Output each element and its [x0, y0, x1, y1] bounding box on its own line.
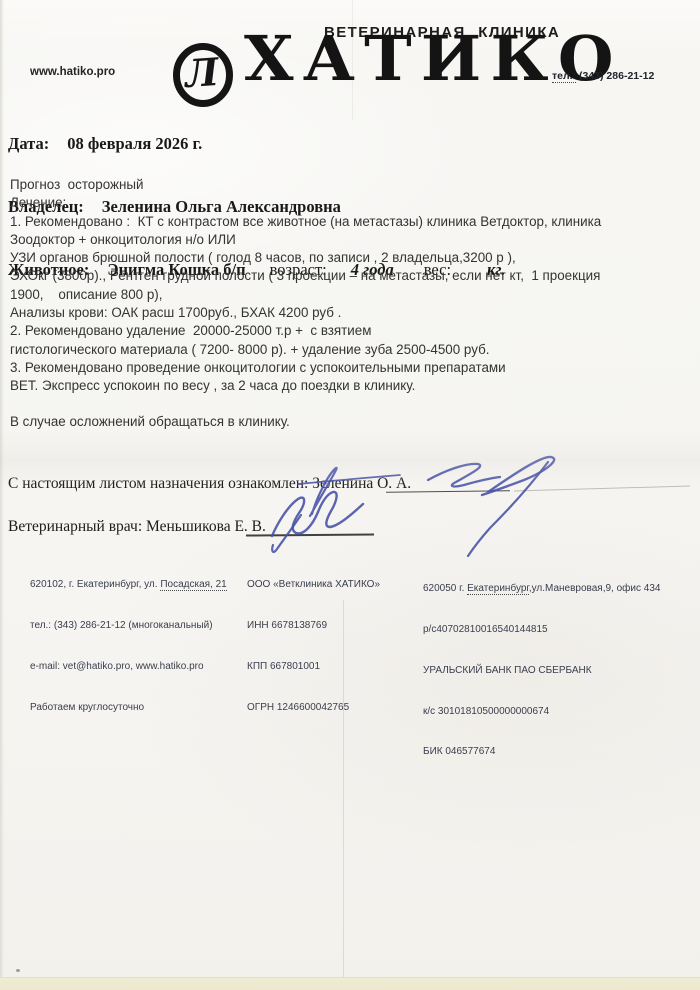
- treatment-heading: Лечение:: [10, 194, 650, 212]
- footer-line: e-mail: vet@hatiko.pro, www.hatiko.pro: [30, 660, 227, 674]
- footer-line: тел.: (343) 286-21-12 (многоканальный): [30, 619, 227, 633]
- treatment-line: гистологического материала ( 7200- 8000 …: [10, 341, 650, 359]
- phone-text: тел.: (343) 286-21-12: [552, 70, 654, 82]
- dust-speck: [16, 969, 20, 972]
- footer-line: 620102, г. Екатеринбург, ул. Посадская, …: [30, 578, 227, 592]
- date-value: 08 февраля 2026 г.: [67, 134, 202, 153]
- treatment-line: 1900, описание 800 р),: [10, 286, 650, 304]
- date-label: Дата:: [8, 134, 49, 153]
- footer-company-column: ООО «Ветклиника ХАТИКО» ИНН 6678138769 К…: [247, 551, 380, 741]
- vertical-crease: [343, 600, 344, 978]
- footer-line: к/с 30101810500000000674: [423, 705, 660, 719]
- veterinarian-name: Меньшикова Е. В.: [146, 518, 266, 535]
- treatment-text-block: Прогноз осторожный Лечение: 1. Рекомендо…: [10, 176, 650, 431]
- footer-line: КПП 667801001: [247, 660, 380, 674]
- website-text: www.hatiko.pro: [30, 66, 115, 78]
- phone-number: (343) 286-21-12: [576, 70, 654, 82]
- scanner-bottom-edge: [0, 977, 700, 990]
- date-row: Дата:08 февраля 2026 г.: [8, 133, 505, 154]
- footer-line: ООО «Ветклиника ХАТИКО»: [247, 578, 380, 592]
- city-underlined: Екатеринбург: [467, 583, 529, 595]
- street-underlined: Посадская, 21: [160, 579, 226, 591]
- logo-letter: Л: [183, 49, 220, 96]
- phone-label: тел.:: [552, 70, 576, 83]
- scan-edge-shadow: [0, 0, 4, 990]
- footer-line: 620050 г. Екатеринбург,ул.Маневровая,9, …: [423, 582, 660, 596]
- paper-crease-shadow: [0, 430, 700, 490]
- scanned-document-page: ВЕТЕРИНАРНАЯ КЛИНИКА Л ХАТИКО www.hatiko…: [0, 0, 700, 990]
- footer-line: Работаем круглосуточно: [30, 701, 227, 715]
- brand-title: ХАТИКО: [244, 24, 623, 94]
- complications-note: В случае осложнений обращаться в клинику…: [10, 413, 650, 431]
- treatment-line: 1. Рекомендовано : КТ с контрастом все ж…: [10, 213, 650, 231]
- footer-line: УРАЛЬСКИЙ БАНК ПАО СБЕРБАНК: [423, 664, 660, 678]
- treatment-line: ЭХОкг (3800р)., Рентген грудной полости …: [10, 267, 650, 285]
- treatment-line: УЗИ органов брюшной полости ( голод 8 ча…: [10, 249, 650, 267]
- footer-address-column: 620102, г. Екатеринбург, ул. Посадская, …: [30, 551, 227, 741]
- treatment-line: Анализы крови: ОАК расш 1700руб., БХАК 4…: [10, 304, 650, 322]
- footer-bank-column: 620050 г. Екатеринбург,ул.Маневровая,9, …: [423, 555, 660, 786]
- veterinarian-label: Ветеринарный врач:: [8, 518, 142, 535]
- veterinarian-signature-line: [246, 533, 374, 536]
- treatment-line: ВЕТ. Экспресс успокоин по весу , за 2 ча…: [10, 377, 650, 395]
- footer-line: ОГРН 1246600042765: [247, 701, 380, 715]
- footer-line: ИНН 6678138769: [247, 619, 380, 633]
- treatment-line: 3. Рекомендовано проведение онкоцитологи…: [10, 359, 650, 377]
- footer-line: р/с40702810016540144815: [423, 623, 660, 637]
- acknowledgment-signature-line: [386, 490, 510, 493]
- treatment-line: Зоодоктор + онкоцитология н/о ИЛИ: [10, 231, 650, 249]
- vertical-crease-top: [352, 0, 353, 120]
- treatment-line: 2. Рекомендовано удаление 20000-25000 т.…: [10, 322, 650, 340]
- footer-line: БИК 046577674: [423, 745, 660, 759]
- prognosis-line: Прогноз осторожный: [10, 176, 650, 194]
- veterinarian-row: Ветеринарный врач: Меньшикова Е. В.: [8, 518, 266, 536]
